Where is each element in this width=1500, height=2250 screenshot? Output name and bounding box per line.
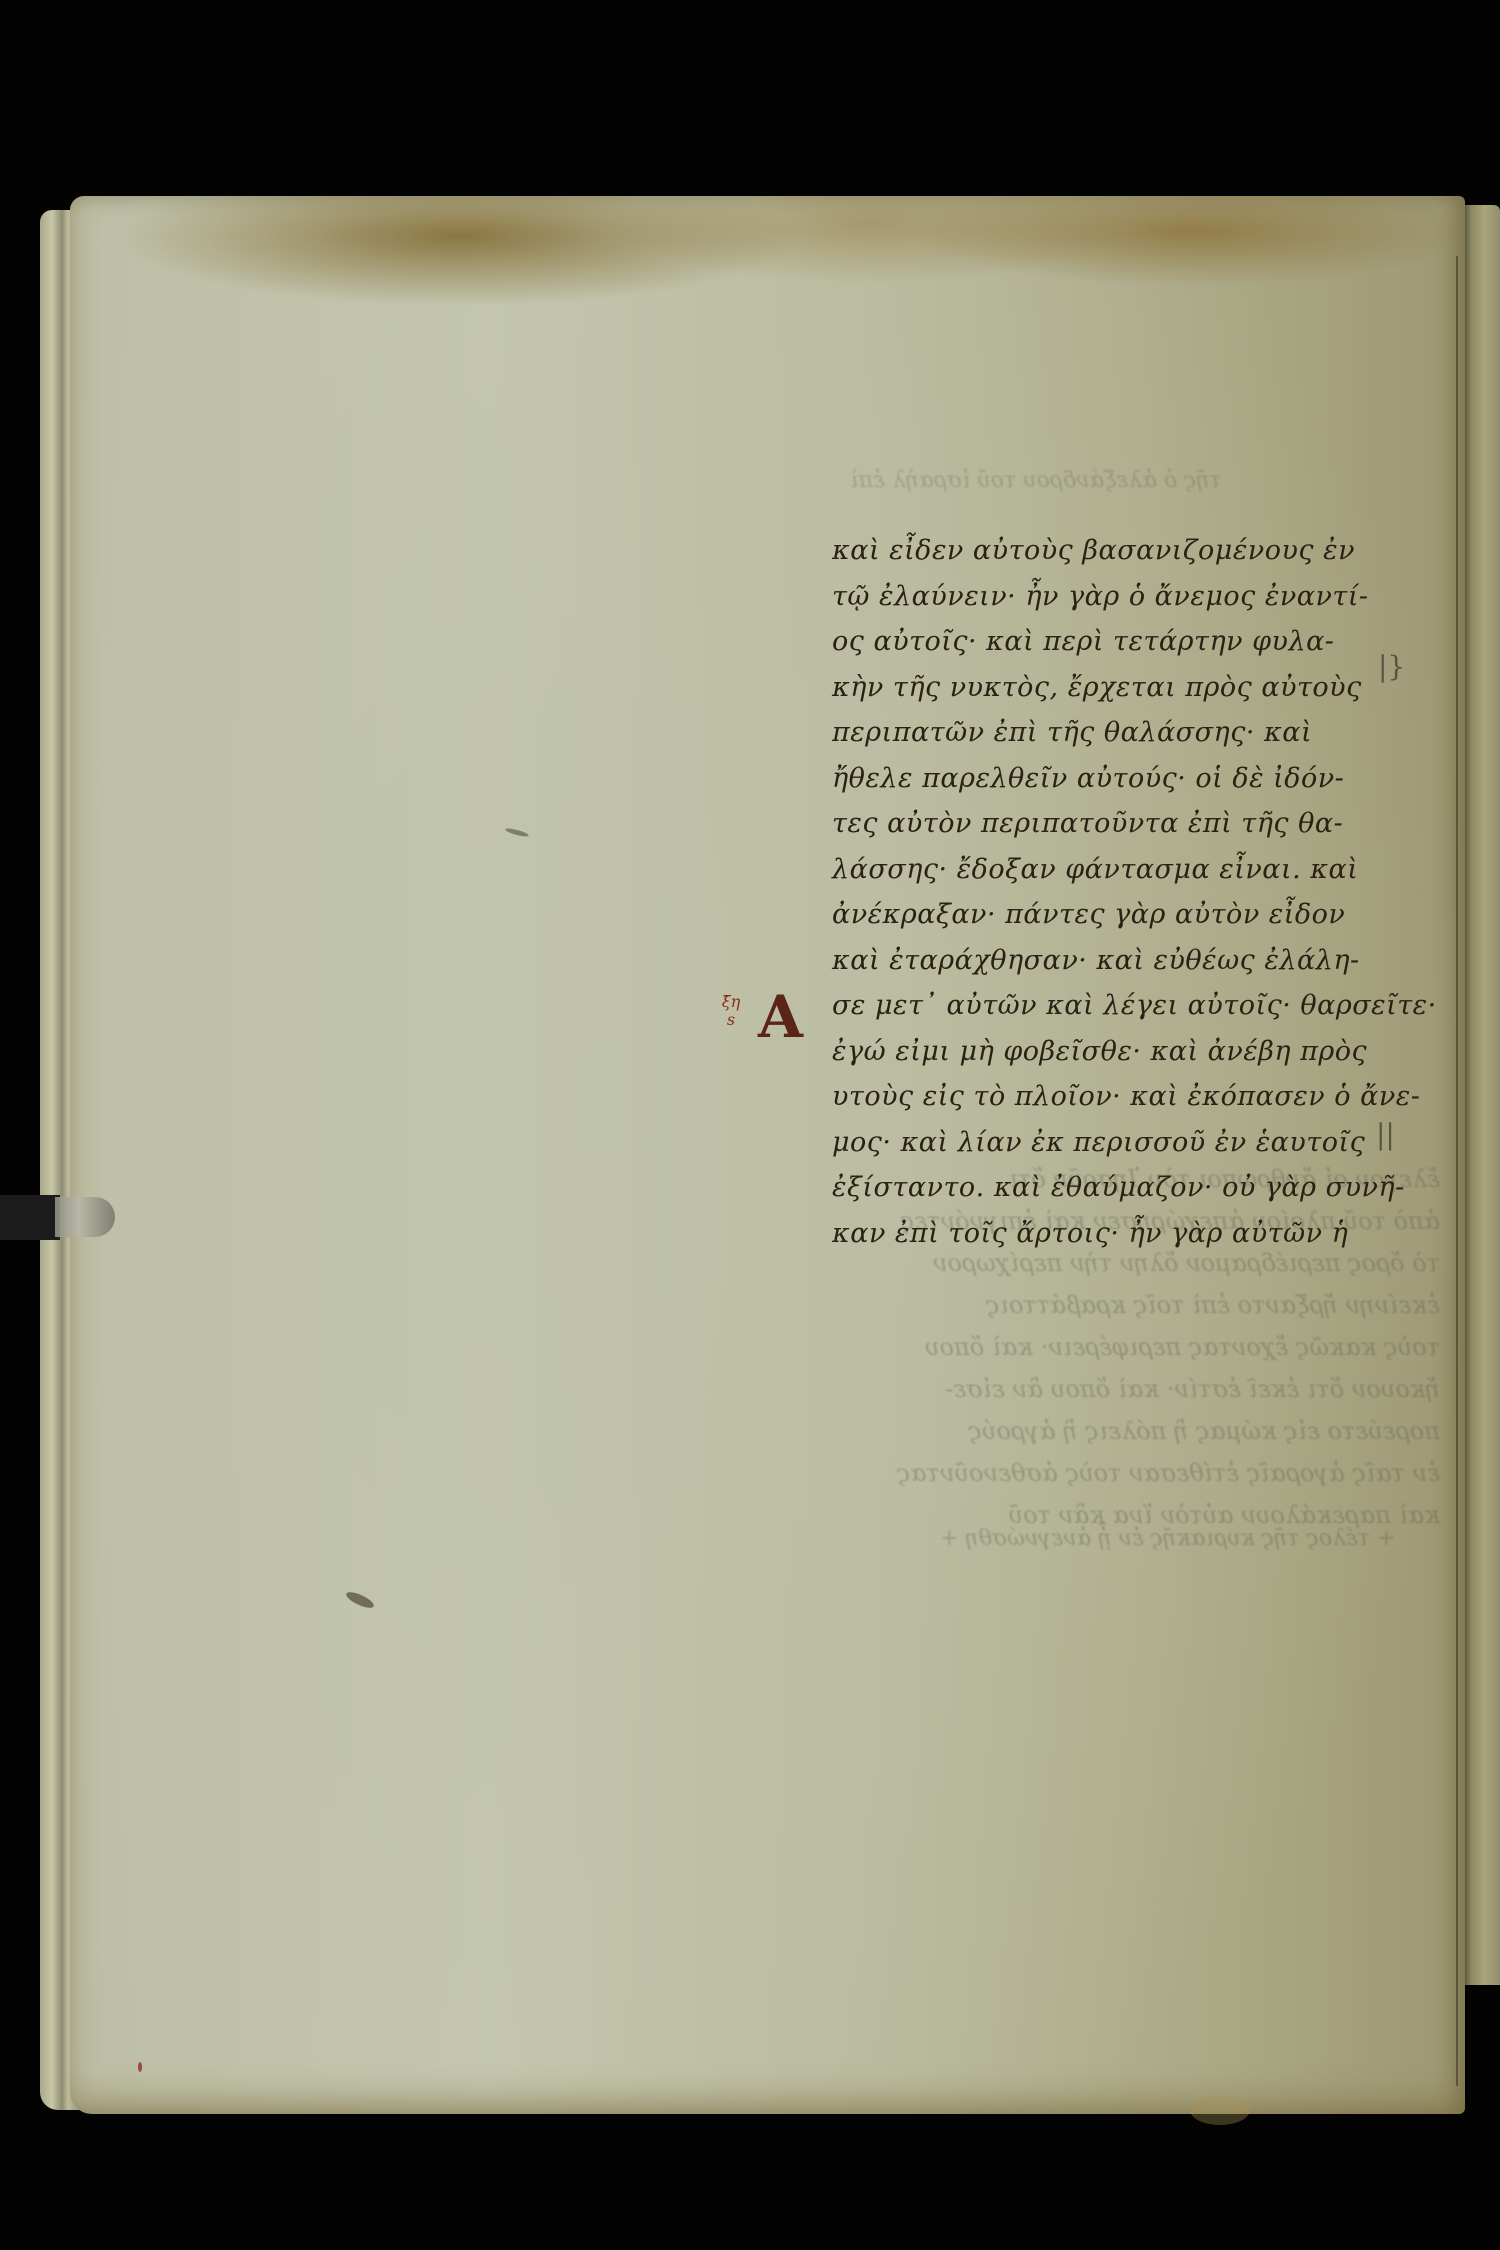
show-through-line: πορεύετο εἰς κώμας ἢ πόλεις ἢ ἀγρούς [860, 1410, 1440, 1452]
margin-note-top: ξ̄η [716, 993, 746, 1011]
text-line: ἐγώ εἰμι μὴ φοβεῖσθε· καὶ ἀνέβη πρὸς [832, 1029, 1392, 1075]
text-line: περιπατῶν ἐπὶ τῆς θαλάσσης· καὶ [832, 710, 1392, 756]
page-edges-right [1462, 205, 1500, 1985]
margin-bracket: |} [1378, 650, 1405, 683]
show-through-line: ἤκουον ὅτι ἐκεῖ ἐστίν· καὶ ὅπου ἂν εἰσε- [860, 1368, 1440, 1410]
clip-tip [55, 1197, 115, 1237]
text-line: σε μετ᾽ αὐτῶν καὶ λέγει αὐτοῖς· θαρσεῖτε… [832, 983, 1392, 1029]
red-mark [138, 2062, 142, 2072]
margin-bracket: || [1376, 1118, 1395, 1151]
decorated-initial: Α [758, 988, 803, 1046]
text-line: τῷ ἐλαύνειν· ἦν γὰρ ὁ ἄνεμος ἐναντί- [832, 574, 1392, 620]
text-line: κὴν τῆς νυκτὸς, ἔρχεται πρὸς αὐτοὺς [832, 665, 1392, 711]
text-line: μος· καὶ λίαν ἐκ περισσοῦ ἐν ἑαυτοῖς [832, 1120, 1392, 1166]
show-through-colophon: + τέλος τῆς κυριακῆς ἐν ᾗ ἀνεγνώσθη + [940, 1526, 1395, 1551]
text-line: ος αὐτοῖς· καὶ περὶ τετάρτην φυλα- [832, 619, 1392, 665]
clip-bar [0, 1195, 60, 1240]
water-stain [1190, 2095, 1250, 2125]
show-through-line: ἐκείνην ἤρξαντο ἐπὶ τοῖς κραβάττοις [860, 1284, 1440, 1326]
text-line: καὶ ἐταράχθησαν· καὶ εὐθέως ἐλάλη- [832, 938, 1392, 984]
text-line: ἤθελε παρελθεῖν αὐτούς· οἱ δὲ ἰδόν- [832, 756, 1392, 802]
main-text-column: καὶ εἶδεν αὐτοὺς βασανιζομένους ἐν τῷ ἐλ… [832, 528, 1392, 1256]
text-line: λάσσης· ἔδοξαν φάντασμα εἶναι. καὶ [832, 847, 1392, 893]
show-through-top-line: τῆς ὁ ἀλεξάνδρου τοῦ ἰσραὴλ ἐπὶ [850, 468, 1222, 493]
marginal-section-number: ξ̄η s [716, 993, 746, 1029]
text-line: καν ἐπὶ τοῖς ἄρτοις· ἦν γὰρ αὐτῶν ἡ [832, 1211, 1392, 1257]
text-line: ἀνέκραξαν· πάντες γὰρ αὐτὸν εἶδον [832, 892, 1392, 938]
text-line: ἐξίσταντο. καὶ ἐθαύμαζον· οὐ γὰρ συνῆ- [832, 1165, 1392, 1211]
text-line: τες αὐτὸν περιπατοῦντα ἐπὶ τῆς θα- [832, 801, 1392, 847]
gutter-fold-line [1456, 256, 1458, 2086]
margin-note-bottom: s [716, 1011, 746, 1029]
show-through-line: τοὺς κακῶς ἔχοντας περιφέρειν· καὶ ὅπου [860, 1326, 1440, 1368]
show-through-line: ἐν ταῖς ἀγοραῖς ἐτίθεσαν τοὺς ἀσθενοῦντα… [860, 1452, 1440, 1494]
page-holder-clip [0, 1195, 115, 1240]
text-line: καὶ εἶδεν αὐτοὺς βασανιζομένους ἐν [832, 528, 1392, 574]
text-line: υτοὺς εἰς τὸ πλοῖον· καὶ ἐκόπασεν ὁ ἄνε- [832, 1074, 1392, 1120]
